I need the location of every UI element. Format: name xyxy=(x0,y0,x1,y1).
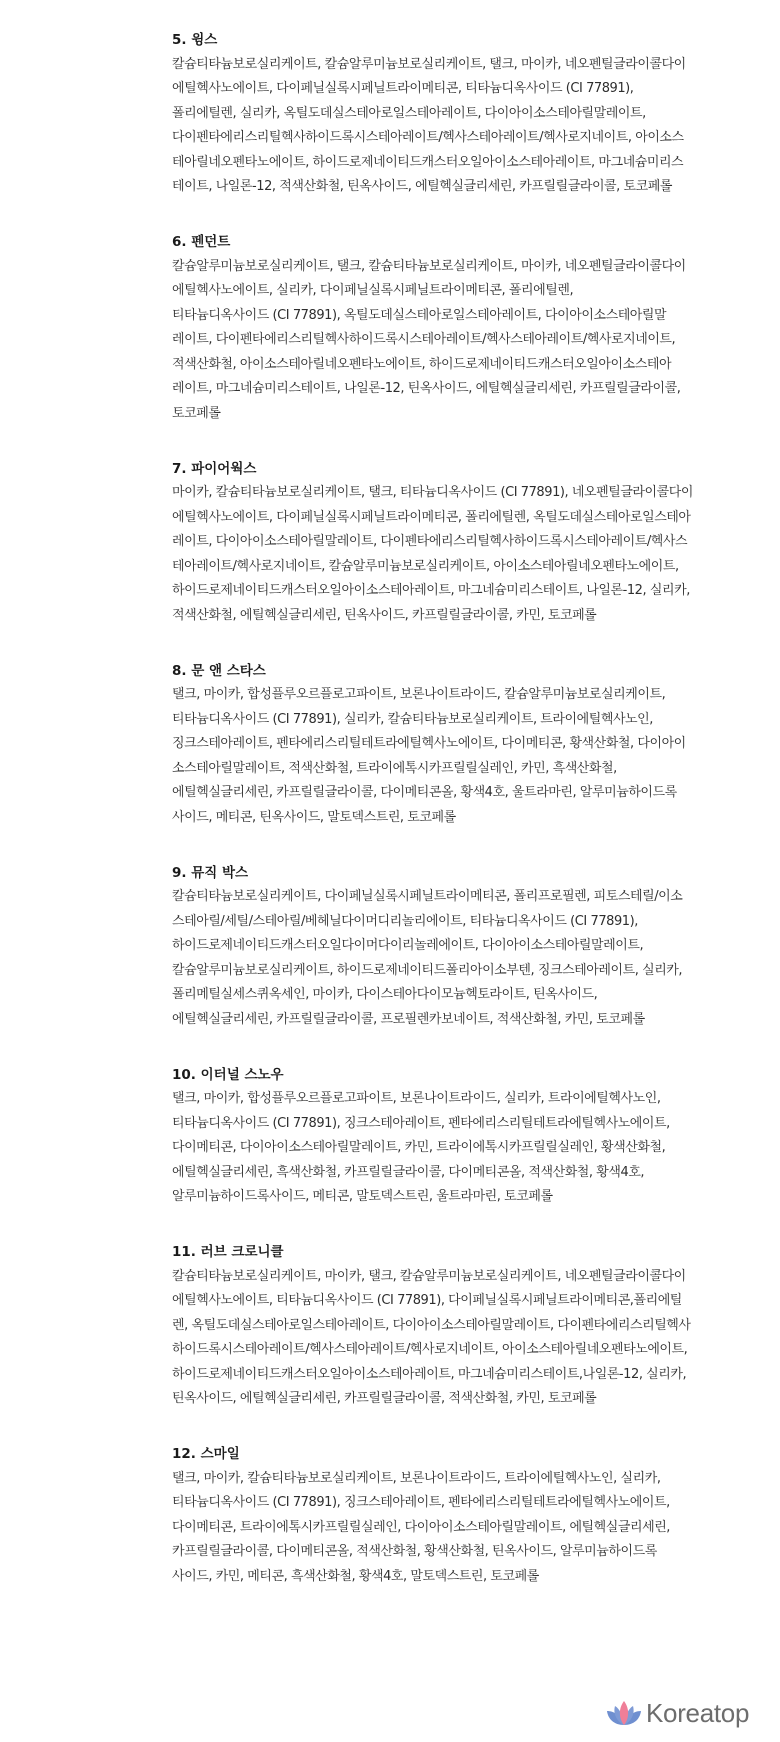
ingredient-line: 다이펜타에리스리틸헥사하이드록시스테아레이트/헥사스테아레이트/헥사로지네이트,… xyxy=(172,126,742,151)
ingredient-line: 사이드, 카민, 메티콘, 흑색산화철, 황색4호, 말토덱스트린, 토코페롤 xyxy=(172,1565,742,1590)
ingredient-line: 탤크, 마이카, 칼슘티타늄보로실리케이트, 보론나이트라이드, 트라이에틸헥사… xyxy=(172,1467,742,1492)
ingredient-line: 렌, 옥틸도데실스테아로일스테아레이트, 다이아이소스테아릴말레이트, 다이펜타… xyxy=(172,1314,742,1339)
section-title: 12. 스마일 xyxy=(172,1442,742,1467)
section-fireworks: 7. 파이어웍스 마이카, 칼슘티타늄보로실리케이트, 탤크, 티타늄디옥사이드… xyxy=(172,457,742,629)
ingredient-line: 티타늄디옥사이드 (CI 77891), 징크스테아레이트, 펜타에리스리틸테트… xyxy=(172,1112,742,1137)
ingredient-line: 사이드, 메티콘, 틴옥사이드, 말토덱스트린, 토코페롤 xyxy=(172,806,742,831)
section-title: 6. 펜던트 xyxy=(172,230,742,255)
ingredient-line: 레이트, 다이펜타에리스리틸헥사하이드록시스테아레이트/헥사스테아레이트/헥사로… xyxy=(172,328,742,353)
ingredient-line: 하이드로제네이티드캐스터오일아이소스테아레이트, 마그네슘미리스테이트,나일론-… xyxy=(172,1363,742,1388)
ingredient-line: 에틸헥실글리세린, 카프릴릴글라이콜, 다이메티콘올, 황색4호, 울트라마린,… xyxy=(172,781,742,806)
section-eternal-snow: 10. 이터널 스노우 탤크, 마이카, 합성플루오르플로고파이트, 보론나이트… xyxy=(172,1063,742,1210)
logo-text: Koreatop xyxy=(646,1698,749,1729)
ingredient-line: 에틸헥사노에이트, 다이페닐실록시페닐트라이메티콘, 폴리에틸렌, 옥틸도데실스… xyxy=(172,506,742,531)
section-moon-and-stars: 8. 문 앤 스타스 탤크, 마이카, 합성플루오르플로고파이트, 보론나이트라… xyxy=(172,659,742,831)
ingredient-line: 티타늄디옥사이드 (CI 77891), 실리카, 칼슘티타늄보로실리케이트, … xyxy=(172,708,742,733)
ingredient-line: 카프릴릴글라이콜, 다이메티콘올, 적색산화철, 황색산화철, 틴옥사이드, 알… xyxy=(172,1540,742,1565)
ingredient-line: 칼슘티타늄보로실리케이트, 마이카, 탤크, 칼슘알루미늄보로실리케이트, 네오… xyxy=(172,1265,742,1290)
ingredient-line: 칼슘티타늄보로실리케이트, 칼슘알루미늄보로실리케이트, 탤크, 마이카, 네오… xyxy=(172,53,742,78)
section-title: 11. 러브 크로니클 xyxy=(172,1240,742,1265)
section-title: 8. 문 앤 스타스 xyxy=(172,659,742,684)
ingredient-line: 티타늄디옥사이드 (CI 77891), 징크스테아레이트, 펜타에리스리틸테트… xyxy=(172,1491,742,1516)
ingredient-line: 다이메티콘, 트라이에톡시카프릴릴실레인, 다이아이소스테아릴말레이트, 에틸헥… xyxy=(172,1516,742,1541)
ingredient-line: 테아레이트/헥사로지네이트, 칼슘알루미늄보로실리케이트, 아이소스테아릴네오펜… xyxy=(172,555,742,580)
ingredient-line: 탤크, 마이카, 합성플루오르플로고파이트, 보론나이트라이드, 실리카, 트라… xyxy=(172,1087,742,1112)
ingredient-line: 스테아릴/세틸/스테아릴/베헤닐다이머디리놀리에이트, 티타늄디옥사이드 (CI… xyxy=(172,910,742,935)
ingredient-line: 에틸헥사노에이트, 실리카, 다이페닐실록시페닐트라이메티콘, 폴리에틸렌, xyxy=(172,279,742,304)
ingredient-list: 5. 윙스 칼슘티타늄보로실리케이트, 칼슘알루미늄보로실리케이트, 탤크, 마… xyxy=(172,28,742,1620)
section-pendant: 6. 펜던트 칼슘알루미늄보로실리케이트, 탤크, 칼슘티타늄보로실리케이트, … xyxy=(172,230,742,426)
ingredient-line: 다이메티콘, 다이아이소스테아릴말레이트, 카민, 트라이에톡시카프릴릴실레인,… xyxy=(172,1136,742,1161)
section-music-box: 9. 뮤직 박스 칼슘티타늄보로실리케이트, 다이페닐실록시페닐트라이메티콘, … xyxy=(172,861,742,1033)
ingredient-line: 탤크, 마이카, 합성플루오르플로고파이트, 보론나이트라이드, 칼슘알루미늄보… xyxy=(172,683,742,708)
ingredient-line: 토코페롤 xyxy=(172,402,742,427)
ingredient-line: 칼슘알루미늄보로실리케이트, 하이드로제네이티드폴리아이소부텐, 징크스테아레이… xyxy=(172,959,742,984)
ingredient-line: 마이카, 칼슘티타늄보로실리케이트, 탤크, 티타늄디옥사이드 (CI 7789… xyxy=(172,481,742,506)
ingredient-line: 틴옥사이드, 에틸헥실글리세린, 카프릴릴글라이콜, 적색산화철, 카민, 토코… xyxy=(172,1387,742,1412)
ingredient-line: 적색산화철, 에틸헥실글리세린, 틴옥사이드, 카프릴릴글라이콜, 카민, 토코… xyxy=(172,604,742,629)
ingredient-line: 징크스테아레이트, 펜타에리스리틸테트라에틸헥사노에이트, 다이메티콘, 황색산… xyxy=(172,732,742,757)
section-wings: 5. 윙스 칼슘티타늄보로실리케이트, 칼슘알루미늄보로실리케이트, 탤크, 마… xyxy=(172,28,742,200)
ingredient-line: 티타늄디옥사이드 (CI 77891), 옥틸도데실스테아로일스테아레이트, 다… xyxy=(172,304,742,329)
ingredient-line: 알루미늄하이드록사이드, 메티콘, 말토덱스트린, 울트라마린, 토코페롤 xyxy=(172,1185,742,1210)
ingredient-line: 레이트, 마그네슘미리스테이트, 나일론-12, 틴옥사이드, 에틸헥실글리세린… xyxy=(172,377,742,402)
ingredient-line: 하이드로제네이티드캐스터오일아이소스테아레이트, 마그네슘미리스테이트, 나일론… xyxy=(172,579,742,604)
ingredient-line: 칼슘티타늄보로실리케이트, 다이페닐실록시페닐트라이메티콘, 폴리프로필렌, 피… xyxy=(172,885,742,910)
lotus-icon xyxy=(606,1699,642,1727)
ingredient-line: 폴리에틸렌, 실리카, 옥틸도데실스테아로일스테아레이트, 다이아이소스테아릴말… xyxy=(172,102,742,127)
ingredient-line: 적색산화철, 아이소스테아릴네오펜타노에이트, 하이드로제네이티드캐스터오일아이… xyxy=(172,353,742,378)
ingredient-line: 하이드록시스테아레이트/헥사스테아레이트/헥사로지네이트, 아이소스테아릴네오펜… xyxy=(172,1338,742,1363)
ingredient-line: 테아릴네오펜타노에이트, 하이드로제네이티드캐스터오일아이소스테아레이트, 마그… xyxy=(172,151,742,176)
section-title: 5. 윙스 xyxy=(172,28,742,53)
ingredient-line: 테이트, 나일론-12, 적색산화철, 틴옥사이드, 에틸헥실글리세린, 카프릴… xyxy=(172,175,742,200)
ingredient-line: 하이드로제네이티드캐스터오일다이머다이리놀레에이트, 다이아이소스테아릴말레이트… xyxy=(172,934,742,959)
ingredient-line: 에틸헥사노에이트, 티타늄디옥사이드 (CI 77891), 다이페닐실록시페닐… xyxy=(172,1289,742,1314)
section-love-chronicle: 11. 러브 크로니클 칼슘티타늄보로실리케이트, 마이카, 탤크, 칼슘알루미… xyxy=(172,1240,742,1412)
section-title: 7. 파이어웍스 xyxy=(172,457,742,482)
ingredient-line: 에틸헥사노에이트, 다이페닐실록시페닐트라이메티콘, 티타늄디옥사이드 (CI … xyxy=(172,77,742,102)
ingredient-line: 에틸헥실글리세린, 흑색산화철, 카프릴릴글라이콜, 다이메티콘올, 적색산화철… xyxy=(172,1161,742,1186)
ingredient-line: 에틸헥실글리세린, 카프릴릴글라이콜, 프로필렌카보네이트, 적색산화철, 카민… xyxy=(172,1008,742,1033)
section-smile: 12. 스마일 탤크, 마이카, 칼슘티타늄보로실리케이트, 보론나이트라이드,… xyxy=(172,1442,742,1589)
ingredient-line: 소스테아릴말레이트, 적색산화철, 트라이에톡시카프릴릴실레인, 카민, 흑색산… xyxy=(172,757,742,782)
ingredient-line: 폴리메틸실세스퀴옥세인, 마이카, 다이스테아다이모늄헥토라이트, 틴옥사이드, xyxy=(172,983,742,1008)
ingredient-line: 칼슘알루미늄보로실리케이트, 탤크, 칼슘티타늄보로실리케이트, 마이카, 네오… xyxy=(172,255,742,280)
section-title: 10. 이터널 스노우 xyxy=(172,1063,742,1088)
ingredient-line: 레이트, 다이아이소스테아릴말레이트, 다이펜타에리스리틸헥사하이드록시스테아레… xyxy=(172,530,742,555)
koreatop-logo: Koreatop xyxy=(606,1696,749,1730)
section-title: 9. 뮤직 박스 xyxy=(172,861,742,886)
